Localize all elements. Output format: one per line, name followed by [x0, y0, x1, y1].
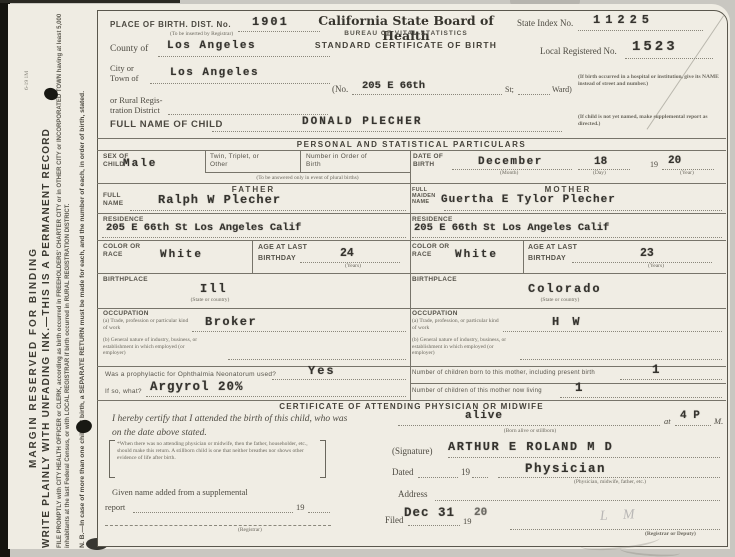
county-label: County of — [110, 44, 148, 54]
father-name-value: Ralph W Plecher — [158, 193, 281, 207]
if-so-label: If so, what? — [105, 388, 142, 396]
scanned-birth-certificate: 6-19 1M MARGIN RESERVED FOR BINDING WRIT… — [0, 0, 735, 557]
father-residence-value: 205 E 66th St Los Angeles Calif — [106, 222, 301, 234]
father-occ-b-label: (b) General nature of industry, business… — [103, 337, 208, 357]
mother-name-value: Guertha E Tylor Plecher — [441, 194, 616, 206]
role-line — [498, 476, 720, 478]
street-no-label: (No. — [332, 84, 348, 94]
child-name-value: DONALD PLECHER — [302, 116, 422, 128]
margin-permanent-text: WRITE PLAINLY WITH UNFADING INK.—THIS IS… — [41, 128, 52, 548]
mother-age-label-1: AGE AT LAST — [528, 244, 577, 252]
dated-line — [418, 476, 458, 478]
county-value: Los Angeles — [167, 40, 256, 52]
registrar-note: (Registrar) — [238, 527, 262, 534]
board-title: California State Board of Health — [300, 13, 512, 43]
order-label: Number in Order of Birth — [306, 153, 372, 168]
dob-day-value: 18 — [594, 156, 607, 168]
local-registered-line — [625, 57, 713, 59]
margin-file-promptly-text: FILE PROMPTLY with CITY HEALTH OFFICER o… — [57, 13, 72, 548]
alive-value: alive — [465, 410, 503, 422]
bureau-subtitle: BUREAU OF VITAL STATISTICS — [300, 30, 512, 37]
place-of-birth-label: PLACE OF BIRTH. DIST. No. — [110, 20, 231, 29]
signature-line — [448, 456, 720, 458]
role-note: (Physician, midwife, father, etc.) — [520, 479, 700, 486]
children-born-label: Number of children born to this mother, … — [412, 370, 595, 378]
local-registered-value: 1523 — [632, 39, 678, 55]
margin-nb-text: N. B.—In case of more than one child at … — [79, 8, 87, 548]
mother-birthplace-value: Colorado — [528, 282, 602, 296]
filed-19: 19 — [463, 516, 472, 526]
father-age-note: (Years) — [345, 263, 361, 270]
particulars-title: PERSONAL AND STATISTICAL PARTICULARS — [97, 140, 726, 149]
registrar-sign-line — [105, 524, 331, 526]
dob-month-note: (Month) — [500, 170, 518, 177]
at-label: at — [664, 416, 671, 426]
certificate-title: CERTIFICATE OF ATTENDING PHYSICIAN OR MI… — [97, 402, 726, 411]
state-index-label: State Index No. — [517, 18, 573, 28]
father-birthplace-note: (State or country) — [160, 297, 260, 304]
father-residence-line — [102, 236, 406, 238]
children-living-value: 1 — [575, 381, 583, 395]
mother-age-label-2: BIRTHDAY — [528, 255, 566, 263]
margin-print-code: 6-19 1M — [24, 71, 31, 90]
if-so-line — [146, 395, 406, 397]
city-value: Los Angeles — [170, 67, 259, 79]
dist-no-value: 1901 — [252, 15, 289, 29]
m-label: M. — [714, 416, 723, 426]
street-line — [352, 93, 502, 95]
street-value: 205 E 66th — [362, 80, 425, 92]
rural-line — [168, 113, 328, 115]
father-birthplace-value: Ill — [200, 282, 228, 296]
signature-label: (Signature) — [392, 446, 433, 456]
father-color-label: COLOR OR RACE — [103, 243, 143, 258]
twin-label: Twin, Triplet, or Other — [210, 153, 268, 168]
children-living-line — [560, 396, 722, 398]
mother-color-value: White — [455, 249, 498, 261]
father-occ-a-label: (a) Trade, profession or particular kind… — [103, 318, 191, 331]
bracket-right — [320, 440, 326, 478]
state-index-line — [578, 29, 703, 31]
margin-binding-text: MARGIN RESERVED FOR BINDING — [28, 247, 39, 468]
if-so-value: Argyrol 20% — [150, 380, 244, 394]
filed-label: Filed — [385, 515, 404, 525]
city-line — [150, 82, 330, 84]
mother-birthplace-label: BIRTHPLACE — [412, 276, 457, 284]
dob-19-printed: 19 — [650, 160, 658, 169]
mother-occ-a-line — [503, 330, 722, 332]
mother-occupation-value: H W — [552, 315, 583, 329]
father-age-label-2: BIRTHDAY — [258, 255, 296, 263]
certificate-line-2: on the date above stated. — [112, 428, 207, 438]
physician-side-note: *When there was no attending physician o… — [117, 441, 317, 462]
father-occupation-value: Broker — [205, 315, 257, 329]
signature-value: ARTHUR E ROLAND M D — [448, 440, 613, 454]
dated-19: 19 — [461, 467, 470, 477]
children-living-label: Number of children of this mother now li… — [412, 388, 542, 396]
ward-line — [518, 93, 550, 95]
father-name-label: FULL NAME — [103, 192, 129, 207]
ward-label: Ward) — [552, 85, 572, 94]
street-st-label: St; — [505, 85, 514, 94]
dated-line-2 — [472, 476, 488, 478]
filed-line — [408, 524, 460, 526]
mother-birthplace-note: (State or country) — [505, 297, 615, 304]
alive-line — [398, 424, 660, 426]
rural-label-2: tration District — [110, 105, 160, 115]
dob-label: DATE OF BIRTH — [413, 153, 449, 168]
mother-residence-value: 205 E 66th St Los Angeles Calif — [414, 222, 609, 234]
prophylactic-label: Was a prophylactic for Ophthalmia Neonat… — [105, 371, 276, 379]
prophylactic-line — [272, 378, 406, 380]
standard-title: STANDARD CERTIFICATE OF BIRTH — [300, 40, 512, 50]
address-label: Address — [398, 489, 428, 499]
rural-label-1: or Rural Regis- — [110, 95, 162, 105]
role-value: Physician — [525, 462, 606, 476]
father-birthplace-label: BIRTHPLACE — [103, 276, 148, 284]
unnamed-note: (If child is not yet named, make supplem… — [578, 114, 720, 127]
mother-age-line — [572, 261, 712, 263]
mother-occ-a-label: (a) Trade, profession, or particular kin… — [412, 318, 502, 331]
registrar-signature: L M — [600, 507, 641, 525]
certificate-line-1: I hereby certify that I attended the bir… — [112, 414, 347, 424]
mother-occupation-label: OCCUPATION — [412, 310, 458, 318]
county-line — [158, 55, 330, 57]
mother-occ-b-line — [520, 358, 722, 360]
scan-top-edge — [0, 0, 180, 3]
filed-stamp-value: Dec 31 — [404, 506, 455, 520]
report-line — [133, 511, 293, 513]
dob-day-note: (Day) — [593, 170, 606, 177]
city-label-1: City or — [110, 63, 134, 73]
bracket-left — [109, 440, 115, 478]
deputy-line — [510, 528, 720, 530]
dob-year-note: (Year) — [680, 170, 694, 177]
hospital-note: (If birth occurred in a hospital or inst… — [578, 74, 720, 87]
child-name-line — [212, 130, 562, 132]
dob-year-value: 20 — [668, 155, 681, 167]
mother-name-label: FULL MAIDEN NAME — [412, 187, 442, 205]
child-name-label: FULL NAME OF CHILD — [110, 119, 223, 130]
mother-occ-b-label: (b) General nature of industry, business… — [412, 337, 517, 357]
father-occ-a-line — [192, 330, 406, 332]
filed-year-value: 20 — [474, 507, 487, 519]
mother-name-line — [444, 209, 722, 211]
mother-age-note: (Years) — [648, 263, 664, 270]
given-name-line-2: report — [105, 502, 125, 512]
dob-month-value: December — [478, 156, 543, 168]
time-line — [675, 424, 711, 426]
children-born-line — [620, 378, 722, 380]
dated-label: Dated — [392, 467, 414, 477]
father-occ-b-line — [228, 358, 406, 360]
mother-residence-line — [412, 236, 722, 238]
dist-no-note: (To be inserted by Registrar) — [170, 31, 233, 38]
born-alive-note: (Born alive or stillborn) — [470, 428, 590, 435]
father-occupation-label: OCCUPATION — [103, 310, 149, 318]
mother-section-title: MOTHER — [410, 185, 726, 194]
sex-value: Male — [123, 158, 157, 170]
mother-age-value: 23 — [640, 247, 654, 260]
given-19: 19 — [296, 502, 305, 512]
children-born-value: 1 — [652, 363, 660, 377]
local-registered-label: Local Registered No. — [540, 46, 617, 56]
report-line-2 — [308, 511, 330, 513]
father-age-label-1: AGE AT LAST — [258, 244, 307, 252]
father-age-value: 24 — [340, 247, 354, 260]
mother-color-label: COLOR OR RACE — [412, 243, 452, 258]
state-index-value: 11225 — [593, 13, 654, 27]
prophylactic-value: Yes — [308, 364, 336, 378]
father-name-line — [130, 209, 406, 211]
father-color-value: White — [160, 249, 203, 261]
time-value: 4 P — [680, 410, 700, 422]
address-line — [435, 499, 720, 501]
given-name-line-1: Given name added from a supplemental — [112, 487, 248, 497]
plural-note: (To be answered only in event of plural … — [205, 175, 410, 182]
city-label-2: Town of — [110, 73, 138, 83]
